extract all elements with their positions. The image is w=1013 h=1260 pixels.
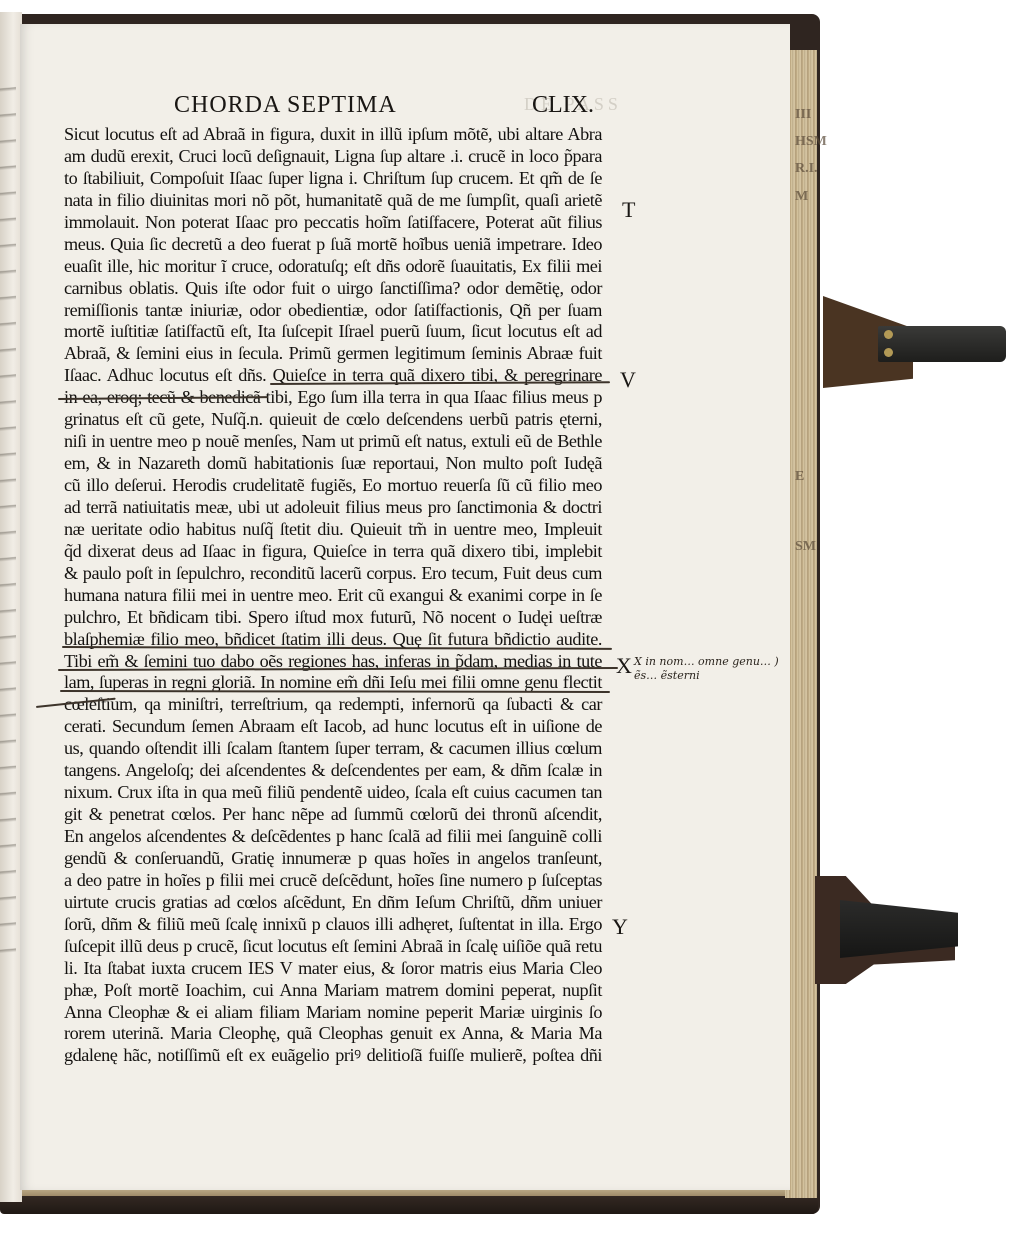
text-line: git & penetrat cœlos. Per hanc nẽpe ad ſ… bbox=[64, 804, 602, 826]
text-line: Sicut locutus eſt ad Abraã in figura, du… bbox=[64, 124, 602, 146]
text-line: euaſit ille, hic moritur ĩ cruce, odorat… bbox=[64, 256, 602, 278]
text-line: niſi in uentre meo p nouẽ menſes, Nam ut… bbox=[64, 431, 602, 453]
text-line: ad terrã natiuitatis meæ, ubi ut adoleui… bbox=[64, 497, 602, 519]
fore-edge-inscription-2: HSM bbox=[795, 135, 809, 149]
text-line: Anna Cleophæ & ei aliam filiam Mariam no… bbox=[64, 1002, 602, 1024]
text-line: En angelos aſcendentes & deſcẽdentes p h… bbox=[64, 826, 602, 848]
book-photograph: III HSM R.I. M E SM DE PASS CHORDA SEPTI… bbox=[0, 0, 1013, 1260]
clasp-rivet-icon bbox=[884, 348, 893, 357]
facing-page-text-lines bbox=[0, 80, 16, 960]
text-line: carnibus oblatis. Quis iſte odor fuit o … bbox=[64, 278, 602, 300]
text-line: meus. Quia ſic decretũ a deo fuerat p ſu… bbox=[64, 234, 602, 256]
text-line: uirtute crucis gratias ad cœlos aſcẽdunt… bbox=[64, 892, 602, 914]
text-block: Sicut locutus eſt ad Abraã in figura, du… bbox=[64, 124, 602, 1067]
text-line: pulchro, Et bñdicam tibi. Spero iſtud mo… bbox=[64, 607, 602, 629]
text-line: Abraã, & ſemini eius in ſecula. Primũ ge… bbox=[64, 343, 602, 365]
clasp-rivet-icon bbox=[884, 330, 893, 339]
marginal-handwritten-annotation: X in nom… omne genu… ) ẽs… ẽsterni bbox=[634, 655, 784, 715]
text-line: nixum. Crux iſta in qua meũ filiũ penden… bbox=[64, 782, 602, 804]
signature-mark: T bbox=[622, 197, 635, 223]
text-line: am dudũ erexit, Cruci locũ deſignauit, L… bbox=[64, 146, 602, 168]
text-line: ſorũ, dñm & filiũ meũ ſcalę innixũ p cla… bbox=[64, 914, 602, 936]
text-line: cũ illo deſerui. Herodis crudelitatẽ fug… bbox=[64, 475, 602, 497]
fore-edge-inscription-4: M bbox=[795, 190, 809, 204]
text-line: gdalenę hãc, notiſſimũ eſt ex euãgelio p… bbox=[64, 1045, 602, 1067]
fore-edge-inscription-1: III bbox=[795, 108, 809, 122]
fore-edge-inscription-6: SM bbox=[795, 540, 809, 554]
text-line: em, & in Nazareth domũ habitationis ſuæ … bbox=[64, 453, 602, 475]
folio-number: CLIX. bbox=[532, 92, 594, 119]
text-line: humana natura filii mei in uentre meo. E… bbox=[64, 585, 602, 607]
text-line: phæ, Poſt mortẽ Ioachim, cui Anna Mariam… bbox=[64, 980, 602, 1002]
text-line: grinatus eſt cũ gete, Nuſq̃.n. quieuit d… bbox=[64, 409, 602, 431]
fore-edge-inscription-5: E bbox=[795, 470, 809, 484]
text-line: us, quando oſtendit illi ſcalam ſtantem … bbox=[64, 738, 602, 760]
text-line: tangens. Angeloſq; dei aſcendentes & deſ… bbox=[64, 760, 602, 782]
top-clasp-catch bbox=[878, 326, 1006, 362]
text-line: immolauit. Non poterat Iſaac pro peccati… bbox=[64, 212, 602, 234]
text-line: ſuſcepit illũ deus p crucẽ, ſicut locutu… bbox=[64, 936, 602, 958]
running-head: CHORDA SEPTIMA bbox=[174, 92, 397, 119]
text-line: gendũ & conſeruandũ, Gratię innumeræ p q… bbox=[64, 848, 602, 870]
text-line: to ſtabiliuit, Compoſuit Iſaac ſuper lig… bbox=[64, 168, 602, 190]
text-line: remiſſionis tantæ iniuriæ, odor obedient… bbox=[64, 300, 602, 322]
signature-mark: Y bbox=[612, 914, 628, 940]
text-line: mortẽ iuſtitiæ ſatiſfactũ eſt, Ita ſuſce… bbox=[64, 321, 602, 343]
signature-mark: X bbox=[616, 653, 632, 679]
text-line: li. Ita ſtabat iuxta crucem IES V mater … bbox=[64, 958, 602, 980]
text-line: q̃d dixerat deus ad Iſaac in figura, Qui… bbox=[64, 541, 602, 563]
text-line: cœleſtium, qa miniſtri, terreſtrium, qa … bbox=[64, 694, 602, 716]
text-line: rorem uterinã. Maria Cleophę, quã Cleoph… bbox=[64, 1023, 602, 1045]
text-line: næ ueritate odio habitus nuſq̃ ſtetit di… bbox=[64, 519, 602, 541]
text-line: & paulo poſt in ſepulchro, reconditũ lac… bbox=[64, 563, 602, 585]
text-line: a deo patre in hoĩes p filii mei crucẽ d… bbox=[64, 870, 602, 892]
text-line: cerati. Secundum ſemen Abraam eſt Iacob,… bbox=[64, 716, 602, 738]
signature-mark: V bbox=[620, 367, 636, 393]
fore-edge-inscription-3: R.I. bbox=[795, 162, 809, 176]
text-line: nata in filio diuinitas mori nõ põt, hum… bbox=[64, 190, 602, 212]
